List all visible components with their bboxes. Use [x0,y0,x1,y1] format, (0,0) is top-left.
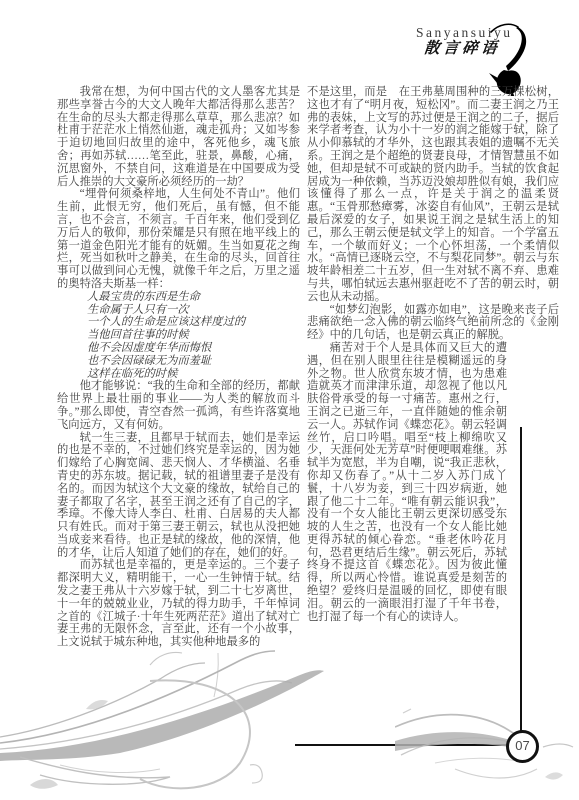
verse-line: 也不会因碌碌无为而羞耻 [87,355,300,368]
paragraph: 不是这里，而是 在王弗墓周围种的三万棵松树，这也才有了“明月夜，短松冈”。而二妻… [307,86,559,304]
right-column: 不是这里，而是 在王弗墓周围种的三万棵松树，这也才有了“明月夜，短松冈”。而二妻… [307,86,559,623]
page-number-badge: 07 [506,730,539,763]
paragraph: 轼一生三妻，且都早于轼而去，她们是幸运的也是不幸的，不过她们终究是幸运的，因为她… [57,432,300,560]
verse-line: 他不会因虚度年华而悔恨 [87,342,300,355]
paragraph: “如梦幻泡影，如露亦如电”，这是晚来丧子后悲痛欲绝一念入佛的朝云临终气绝前所念的… [307,304,559,342]
magazine-page: Sanyansuiyu 散言碎语 我常在想，为何中国古代的文人墨客尤其是那些享誉… [0,0,579,800]
floral-swirl-decoration [0,645,345,800]
verse-line: 这样在临死的时候 [87,368,300,381]
paragraph: 痛苦对于个人是具体而又巨大的遭遇，但在别人眼里往往是模糊遥远的身外之物。世人欣赏… [307,342,507,624]
paragraph: 而苏轼也是幸福的，更是幸运的。三个妻子都深明大义，精明能干，一心一生钟情于轼。结… [57,559,300,649]
paragraph: “埋骨何须桑梓地，人生何处不青山”。他们生前，此恨无穷，他们死后，虽有憾，但不能… [57,188,300,290]
verse-block: 人最宝贵的东西是生命 生命属于人只有一次 一个人的生命是应该这样度过的 当他回首… [87,291,300,381]
right-column-upper: 不是这里，而是 在王弗墓周围种的三万棵松树，这也才有了“明月夜，短松冈”。而二妻… [307,86,559,342]
header-english-title: Sanyansuiyu [416,27,513,40]
header-chinese-title: 散言碎语 [423,43,500,56]
verse-line: 一个人的生命是应该这样度过的 [87,316,300,329]
verse-line: 当他回首往事的时候 [87,329,300,342]
paragraph: 他才能够说：“我的生命和全部的经历，都献给世界上最壮丽的事业——为人类的解放而斗… [57,380,300,431]
verse-line: 人最宝贵的东西是生命 [87,291,300,304]
left-column: 我常在想，为何中国古代的文人墨客尤其是那些享誉古今的大文人晚年大都活得那么悲苦？… [57,86,300,649]
paragraph: 我常在想，为何中国古代的文人墨客尤其是那些享誉古今的大文人晚年大都活得那么悲苦？… [57,86,300,188]
floral-swirl-decoration [395,685,579,800]
verse-line: 生命属于人只有一次 [87,304,300,317]
right-column-lower: 痛苦对于个人是具体而又巨大的遭遇，但在别人眼里往往是模糊遥远的身外之物。世人欣赏… [307,342,507,624]
